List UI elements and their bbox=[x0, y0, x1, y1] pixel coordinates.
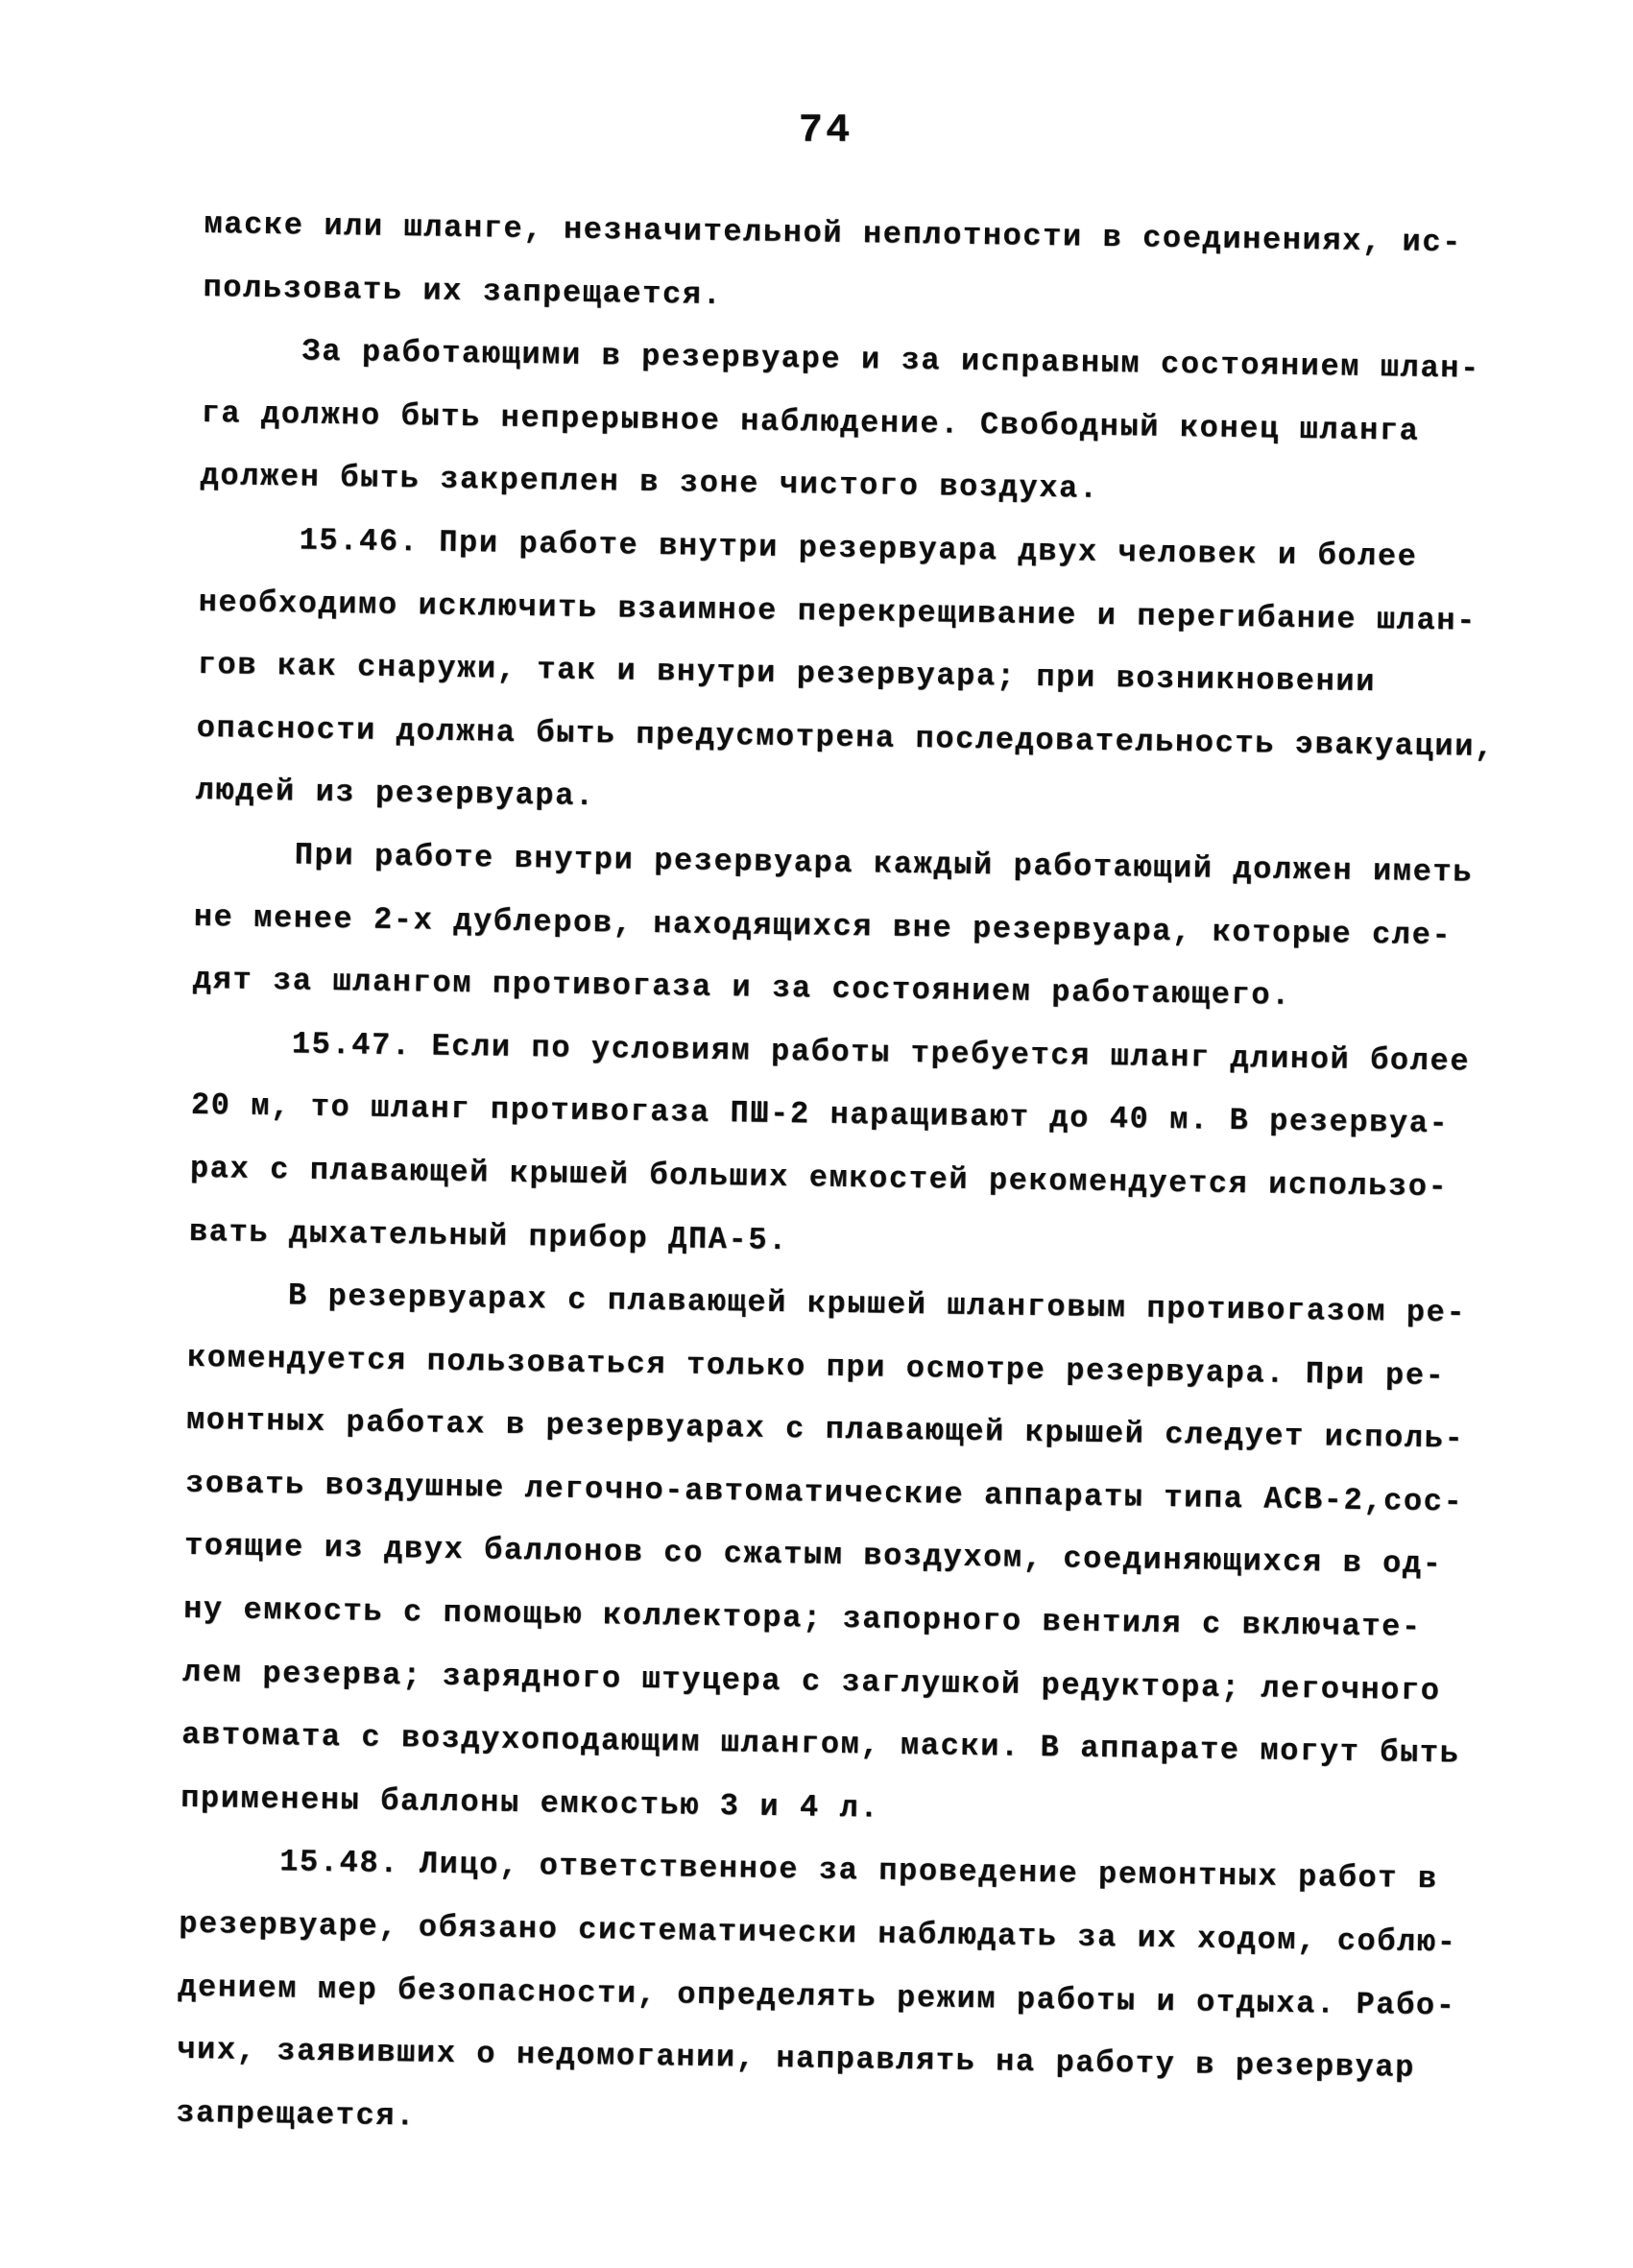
document-text: маске или шланге, незначительной неплотн… bbox=[176, 193, 1568, 2164]
scanned-document-page: 74 маске или шланге, незначительной непл… bbox=[0, 0, 1633, 2268]
page-number: 74 bbox=[182, 107, 1469, 154]
